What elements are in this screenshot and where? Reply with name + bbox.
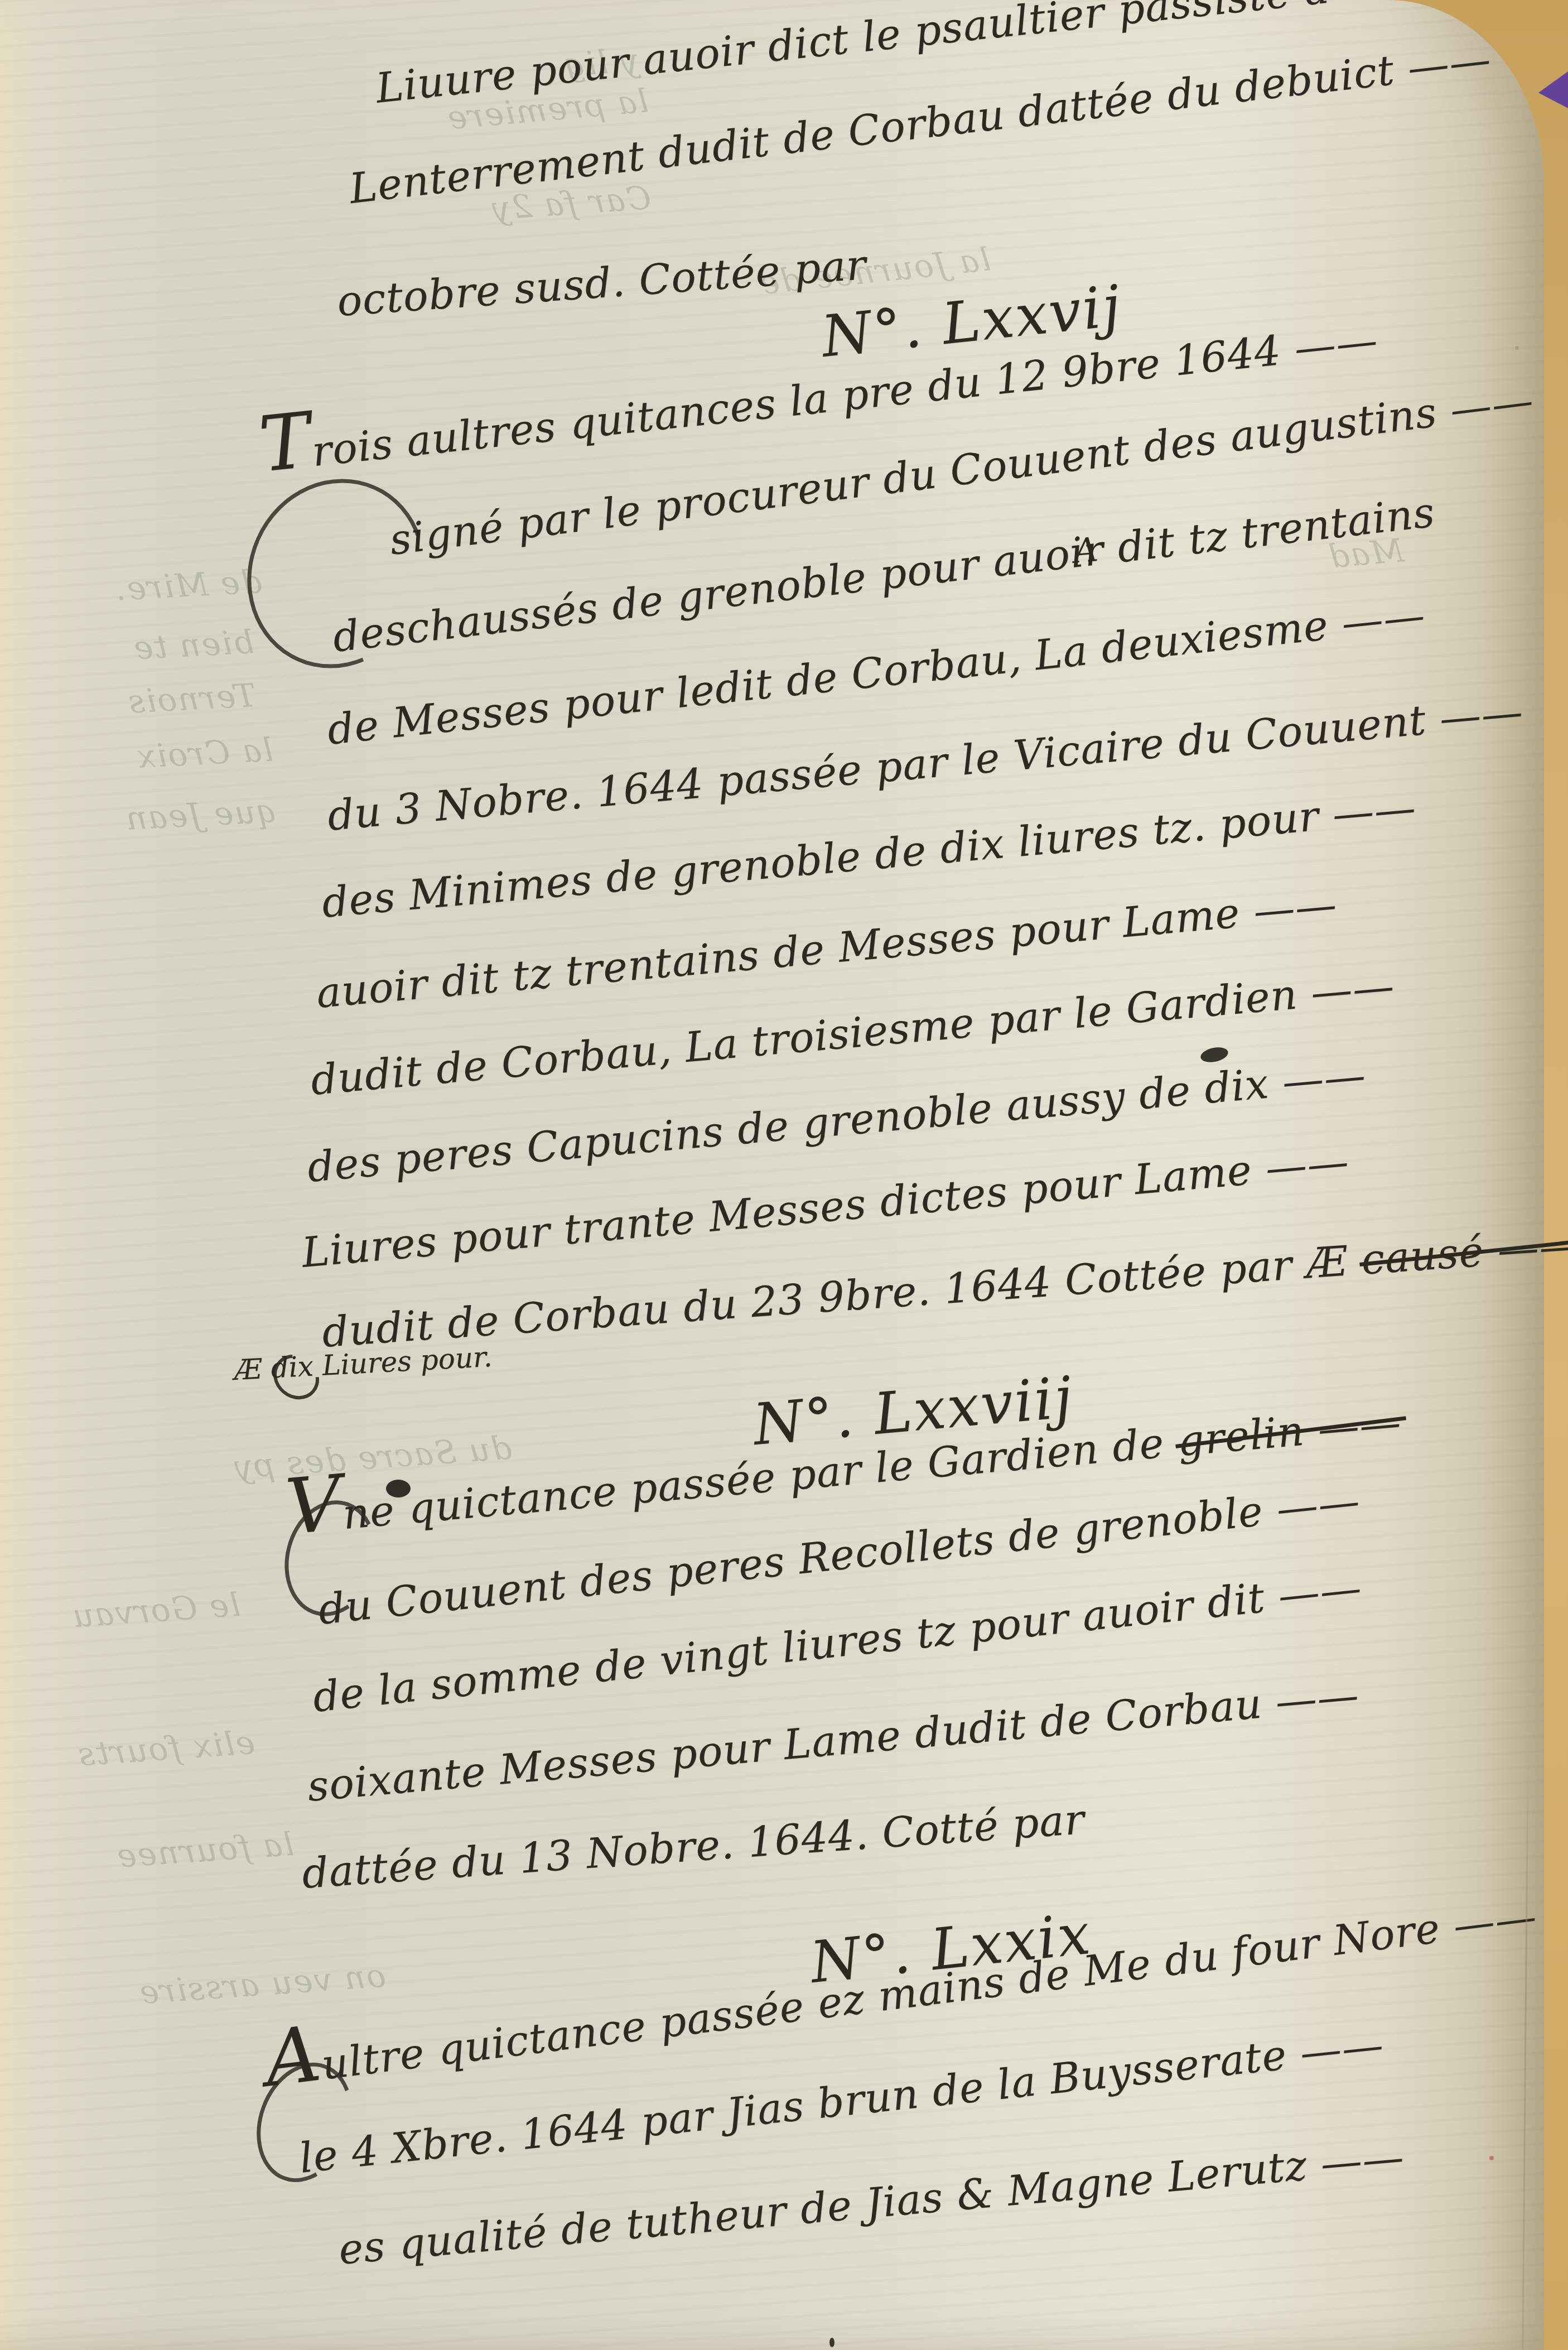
ink-blot — [829, 2338, 834, 2347]
bleedthrough-text: Ternois — [126, 676, 257, 721]
manuscript-photo: y lig la premiere Car fa 2y la Journee d… — [0, 0, 1568, 2350]
bookmark-ribbon-tip — [1538, 71, 1568, 108]
bleedthrough-text: bien te — [132, 623, 255, 667]
bleedthrough-text: la Croix — [135, 731, 274, 776]
paper-speck — [1489, 2156, 1494, 2160]
bleedthrough-text: de Mire. — [113, 562, 263, 608]
insertion-caret: A — [1072, 530, 1099, 571]
bleedthrough-text: que Jean — [124, 792, 278, 837]
paper-speck — [1515, 346, 1519, 350]
ink-blot — [386, 1480, 411, 1497]
